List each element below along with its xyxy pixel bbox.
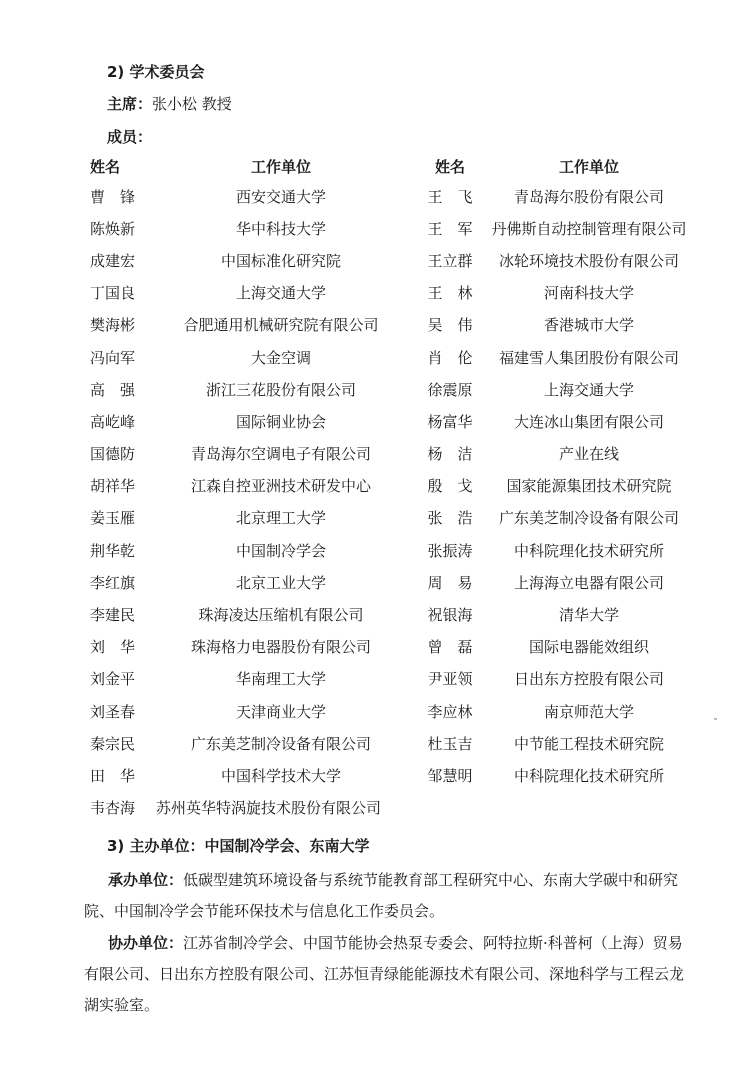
member-name: 高屹峰 [84, 405, 150, 437]
member-organization: 中科院理化技术研究所 [488, 759, 690, 791]
member-name: 王立群 [412, 244, 488, 276]
table-row: 韦杏海苏州英华特涡旋技术股份有限公司 [84, 792, 690, 824]
member-name: 张 浩 [412, 502, 488, 534]
member-organization: 北京理工大学 [150, 502, 412, 534]
member-name: 李应林 [412, 695, 488, 727]
table-row: 国德防青岛海尔空调电子有限公司杨 洁产业在线 [84, 438, 690, 470]
co-organizers-paragraph: 协办单位：江苏省制冷学会、中国节能协会热泵专委会、阿特拉斯·科普柯（上海）贸易有… [84, 928, 684, 1021]
member-organization: 清华大学 [488, 598, 690, 630]
member-name: 刘 华 [84, 631, 150, 663]
member-organization: 浙江三花股份有限公司 [150, 373, 412, 405]
host-label: 承办单位： [108, 871, 183, 889]
document-page: 2) 学术委员会 主席：张小松 教授 成员： 姓名 工作单位 姓名 工作单位 曹… [0, 0, 750, 1091]
members-table-body: 曹 锋西安交通大学王 飞青岛海尔股份有限公司陈焕新华中科技大学王 军丹佛斯自动控… [84, 180, 690, 824]
table-row: 姜玉雁北京理工大学张 浩广东美芝制冷设备有限公司 [84, 502, 690, 534]
member-organization: 国家能源集团技术研究院 [488, 470, 690, 502]
section-title-organizers: 3) 主办单位：中国制冷学会、东南大学 [107, 835, 370, 856]
member-organization: 上海交通大学 [488, 373, 690, 405]
member-organization: 冰轮环境技术股份有限公司 [488, 244, 690, 276]
member-organization: 中国科学技术大学 [150, 759, 412, 791]
section-title-academic-committee: 2) 学术委员会 [107, 62, 205, 82]
member-name: 陈焕新 [84, 212, 150, 244]
header-name-2: 姓名 [412, 152, 488, 180]
table-row: 丁国良上海交通大学王 林河南科技大学 [84, 277, 690, 309]
member-organization: 西安交通大学 [150, 180, 412, 212]
table-row: 李建民珠海凌达压缩机有限公司祝银海清华大学 [84, 598, 690, 630]
member-name: 国德防 [84, 438, 150, 470]
member-name: 王 飞 [412, 180, 488, 212]
scan-mark [714, 718, 717, 720]
member-name: 曾 磊 [412, 631, 488, 663]
member-name: 王 军 [412, 212, 488, 244]
table-row: 曹 锋西安交通大学王 飞青岛海尔股份有限公司 [84, 180, 690, 212]
member-organization: 青岛海尔股份有限公司 [488, 180, 690, 212]
member-name: 王 林 [412, 277, 488, 309]
member-name: 秦宗民 [84, 727, 150, 759]
members-label: 成员： [107, 127, 152, 147]
member-name: 杜玉吉 [412, 727, 488, 759]
member-name: 周 易 [412, 566, 488, 598]
table-row: 刘 华珠海格力电器股份有限公司曾 磊国际电器能效组织 [84, 631, 690, 663]
header-org-1: 工作单位 [150, 152, 412, 180]
table-header-row: 姓名 工作单位 姓名 工作单位 [84, 152, 690, 180]
member-name: 田 华 [84, 759, 150, 791]
member-name: 杨 洁 [412, 438, 488, 470]
member-name: 韦杏海 [84, 792, 150, 824]
member-organization: 中科院理化技术研究所 [488, 534, 690, 566]
header-name-1: 姓名 [84, 152, 150, 180]
member-organization: 珠海凌达压缩机有限公司 [150, 598, 412, 630]
member-name: 尹亚领 [412, 663, 488, 695]
member-organization: 国际铜业协会 [150, 405, 412, 437]
member-organization: 丹佛斯自动控制管理有限公司 [488, 212, 690, 244]
member-name: 李建民 [84, 598, 150, 630]
table-row: 田 华中国科学技术大学邹慧明中科院理化技术研究所 [84, 759, 690, 791]
member-name: 曹 锋 [84, 180, 150, 212]
member-organization [488, 792, 690, 824]
member-name: 刘圣春 [84, 695, 150, 727]
chair-value: 张小松 教授 [152, 95, 232, 113]
table-row: 樊海彬合肥通用机械研究院有限公司吴 伟香港城市大学 [84, 309, 690, 341]
table-row: 成建宏中国标准化研究院王立群冰轮环境技术股份有限公司 [84, 244, 690, 276]
member-organization: 上海海立电器有限公司 [488, 566, 690, 598]
member-organization: 香港城市大学 [488, 309, 690, 341]
header-org-2: 工作单位 [488, 152, 690, 180]
member-organization: 国际电器能效组织 [488, 631, 690, 663]
member-organization: 苏州英华特涡旋技术股份有限公司 [150, 792, 412, 824]
member-name: 祝银海 [412, 598, 488, 630]
table-row: 高 强浙江三花股份有限公司徐震原上海交通大学 [84, 373, 690, 405]
member-organization: 上海交通大学 [150, 277, 412, 309]
member-organization: 产业在线 [488, 438, 690, 470]
member-organization: 大金空调 [150, 341, 412, 373]
table-row: 胡祥华江森自控亚洲技术研发中心殷 戈国家能源集团技术研究院 [84, 470, 690, 502]
table-row: 秦宗民广东美芝制冷设备有限公司杜玉吉中节能工程技术研究院 [84, 727, 690, 759]
member-organization: 华中科技大学 [150, 212, 412, 244]
member-organization: 日出东方控股有限公司 [488, 663, 690, 695]
member-organization: 广东美芝制冷设备有限公司 [488, 502, 690, 534]
table-row: 刘圣春天津商业大学李应林南京师范大学 [84, 695, 690, 727]
members-table: 姓名 工作单位 姓名 工作单位 曹 锋西安交通大学王 飞青岛海尔股份有限公司陈焕… [84, 152, 690, 824]
member-name: 肖 伦 [412, 341, 488, 373]
table-row: 陈焕新华中科技大学王 军丹佛斯自动控制管理有限公司 [84, 212, 690, 244]
chair-label: 主席： [107, 95, 152, 113]
member-name: 成建宏 [84, 244, 150, 276]
member-organization: 北京工业大学 [150, 566, 412, 598]
member-organization: 中国标准化研究院 [150, 244, 412, 276]
member-organization: 珠海格力电器股份有限公司 [150, 631, 412, 663]
member-name: 姜玉雁 [84, 502, 150, 534]
member-organization: 华南理工大学 [150, 663, 412, 695]
member-name: 邹慧明 [412, 759, 488, 791]
table-row: 冯向军大金空调肖 伦福建雪人集团股份有限公司 [84, 341, 690, 373]
member-name: 杨富华 [412, 405, 488, 437]
table-row: 李红旗北京工业大学周 易上海海立电器有限公司 [84, 566, 690, 598]
member-name: 李红旗 [84, 566, 150, 598]
member-name [412, 792, 488, 824]
member-name: 殷 戈 [412, 470, 488, 502]
co-label: 协办单位： [108, 934, 183, 952]
member-name: 胡祥华 [84, 470, 150, 502]
member-name: 冯向军 [84, 341, 150, 373]
member-organization: 广东美芝制冷设备有限公司 [150, 727, 412, 759]
host-organizers-paragraph: 承办单位：低碳型建筑环境设备与系统节能教育部工程研究中心、东南大学碳中和研究院、… [84, 865, 684, 927]
member-organization: 中节能工程技术研究院 [488, 727, 690, 759]
member-name: 荆华乾 [84, 534, 150, 566]
member-name: 刘金平 [84, 663, 150, 695]
member-organization: 青岛海尔空调电子有限公司 [150, 438, 412, 470]
member-name: 丁国良 [84, 277, 150, 309]
member-name: 樊海彬 [84, 309, 150, 341]
member-organization: 南京师范大学 [488, 695, 690, 727]
table-row: 荆华乾中国制冷学会张振涛中科院理化技术研究所 [84, 534, 690, 566]
table-row: 刘金平华南理工大学尹亚领日出东方控股有限公司 [84, 663, 690, 695]
chair-line: 主席：张小松 教授 [107, 94, 232, 114]
member-name: 高 强 [84, 373, 150, 405]
table-row: 高屹峰国际铜业协会杨富华大连冰山集团有限公司 [84, 405, 690, 437]
member-organization: 河南科技大学 [488, 277, 690, 309]
member-organization: 中国制冷学会 [150, 534, 412, 566]
member-organization: 天津商业大学 [150, 695, 412, 727]
member-organization: 大连冰山集团有限公司 [488, 405, 690, 437]
member-organization: 江森自控亚洲技术研发中心 [150, 470, 412, 502]
member-organization: 福建雪人集团股份有限公司 [488, 341, 690, 373]
member-name: 徐震原 [412, 373, 488, 405]
member-name: 吴 伟 [412, 309, 488, 341]
member-name: 张振涛 [412, 534, 488, 566]
member-organization: 合肥通用机械研究院有限公司 [150, 309, 412, 341]
